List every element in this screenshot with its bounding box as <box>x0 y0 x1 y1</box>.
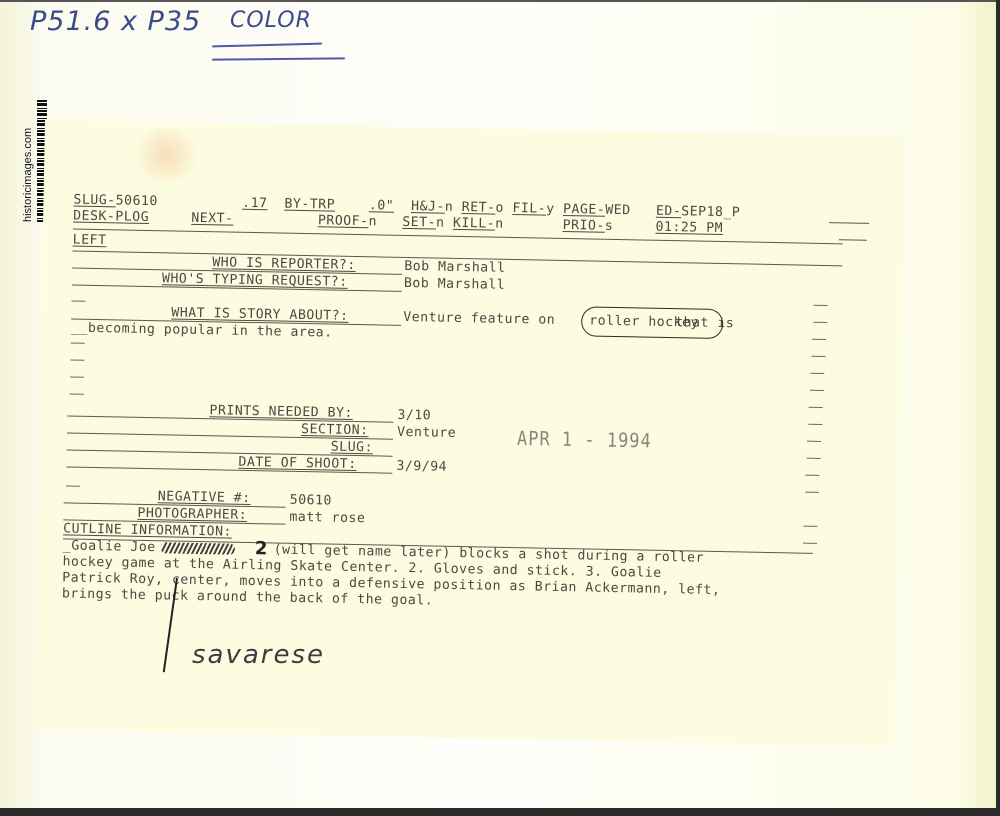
desk-value: PLOG <box>115 209 149 225</box>
hj-value: n <box>445 200 454 215</box>
dash <box>803 526 817 527</box>
dash <box>808 424 822 425</box>
scan-edge-right <box>996 0 1000 816</box>
fil-value: y <box>546 202 555 217</box>
dash <box>814 305 828 306</box>
received-date-stamp: APR 1 - 1994 <box>517 428 652 454</box>
prints-label: PRINTS NEEDED BY: <box>209 403 353 421</box>
slug-label: SLUG- <box>73 193 115 209</box>
barcode-site: historicimages.com <box>22 128 34 222</box>
page-value: WED <box>605 203 631 218</box>
dash <box>72 301 86 302</box>
dash <box>805 492 819 493</box>
handwritten-color-note: COLOR <box>230 8 312 33</box>
proof-value: n <box>368 214 377 229</box>
dash <box>810 373 824 374</box>
hj-label: H&J- <box>411 199 445 215</box>
request-form-sheet: SLUG-50610 .17 BY-TRP .0" H&J-n RET-o FI… <box>33 120 905 746</box>
dash <box>807 458 821 459</box>
prio-value: s <box>605 219 614 234</box>
dash <box>810 390 824 391</box>
prints-value: 3/10 <box>397 408 431 424</box>
handwritten-name-correction: savarese <box>192 640 325 670</box>
next-label: NEXT- <box>191 211 233 227</box>
handwritten-edit-mark: 2 <box>255 538 268 559</box>
dash <box>70 377 84 378</box>
by-label: BY- <box>284 197 310 212</box>
negative-value: 50610 <box>290 493 332 509</box>
slug-field-label: SLUG: <box>331 440 373 456</box>
photographer-label: PHOTOGRAPHER: <box>137 506 247 523</box>
dash <box>805 475 819 476</box>
kill-label: KILL- <box>453 216 495 232</box>
slug-value: 50610 <box>116 193 158 209</box>
negative-label: NEGATIVE #: <box>158 489 251 506</box>
shoot-label: DATE OF SHOOT: <box>238 455 356 472</box>
page-label: PAGE- <box>563 202 605 218</box>
ed-label: ED- <box>656 204 682 219</box>
rule <box>829 222 869 224</box>
dash <box>70 360 84 361</box>
dash <box>812 339 826 340</box>
ret-value: o <box>495 201 504 216</box>
ed-value: SEP18 <box>681 204 723 220</box>
circle-mark <box>581 306 724 339</box>
reporter-label: WHO IS REPORTER?: <box>212 255 356 273</box>
ret-label: RET- <box>462 200 496 216</box>
story-text-a: Venture feature on <box>403 310 555 328</box>
crossed-out-name <box>161 542 235 554</box>
inches-value: .0" <box>369 198 395 213</box>
desk-label: DESK- <box>73 209 115 225</box>
dash <box>812 356 826 357</box>
set-value: n <box>436 216 445 231</box>
cutline-label: CUTLINE INFORMATION: <box>63 521 232 539</box>
prio-label: PRIO- <box>563 218 605 234</box>
ed-suffix: P <box>732 205 741 220</box>
dash <box>807 441 821 442</box>
dash <box>813 322 827 323</box>
set-label: SET- <box>402 215 436 231</box>
handwritten-size-note: P51.6 x P35 <box>30 6 201 37</box>
fil-label: FIL- <box>512 201 546 217</box>
scan-edge-bottom <box>0 808 1000 816</box>
scan-edge-top <box>0 0 1000 2</box>
dash <box>809 407 823 408</box>
section-label: SECTION: <box>301 422 369 438</box>
dash <box>71 343 85 344</box>
time-value: 01:25 PM <box>655 220 723 236</box>
length-value: .17 <box>242 196 268 211</box>
section-value: Venture <box>397 425 456 441</box>
dash <box>66 485 80 486</box>
typist-value: Bob Marshall <box>404 276 506 293</box>
reporter-value: Bob Marshall <box>404 259 506 276</box>
left-label: LEFT <box>73 233 107 249</box>
by-value: TRP <box>310 197 336 212</box>
proof-label: PROOF- <box>318 213 369 229</box>
rule <box>839 239 867 241</box>
photographer-value: matt rose <box>289 510 365 526</box>
kill-value: n <box>495 217 504 232</box>
dash <box>70 394 84 395</box>
dash <box>803 543 817 544</box>
shoot-value: 3/9/94 <box>396 459 447 475</box>
cutline-text-1a: _Goalie Joe <box>63 538 156 555</box>
stain <box>136 127 197 183</box>
